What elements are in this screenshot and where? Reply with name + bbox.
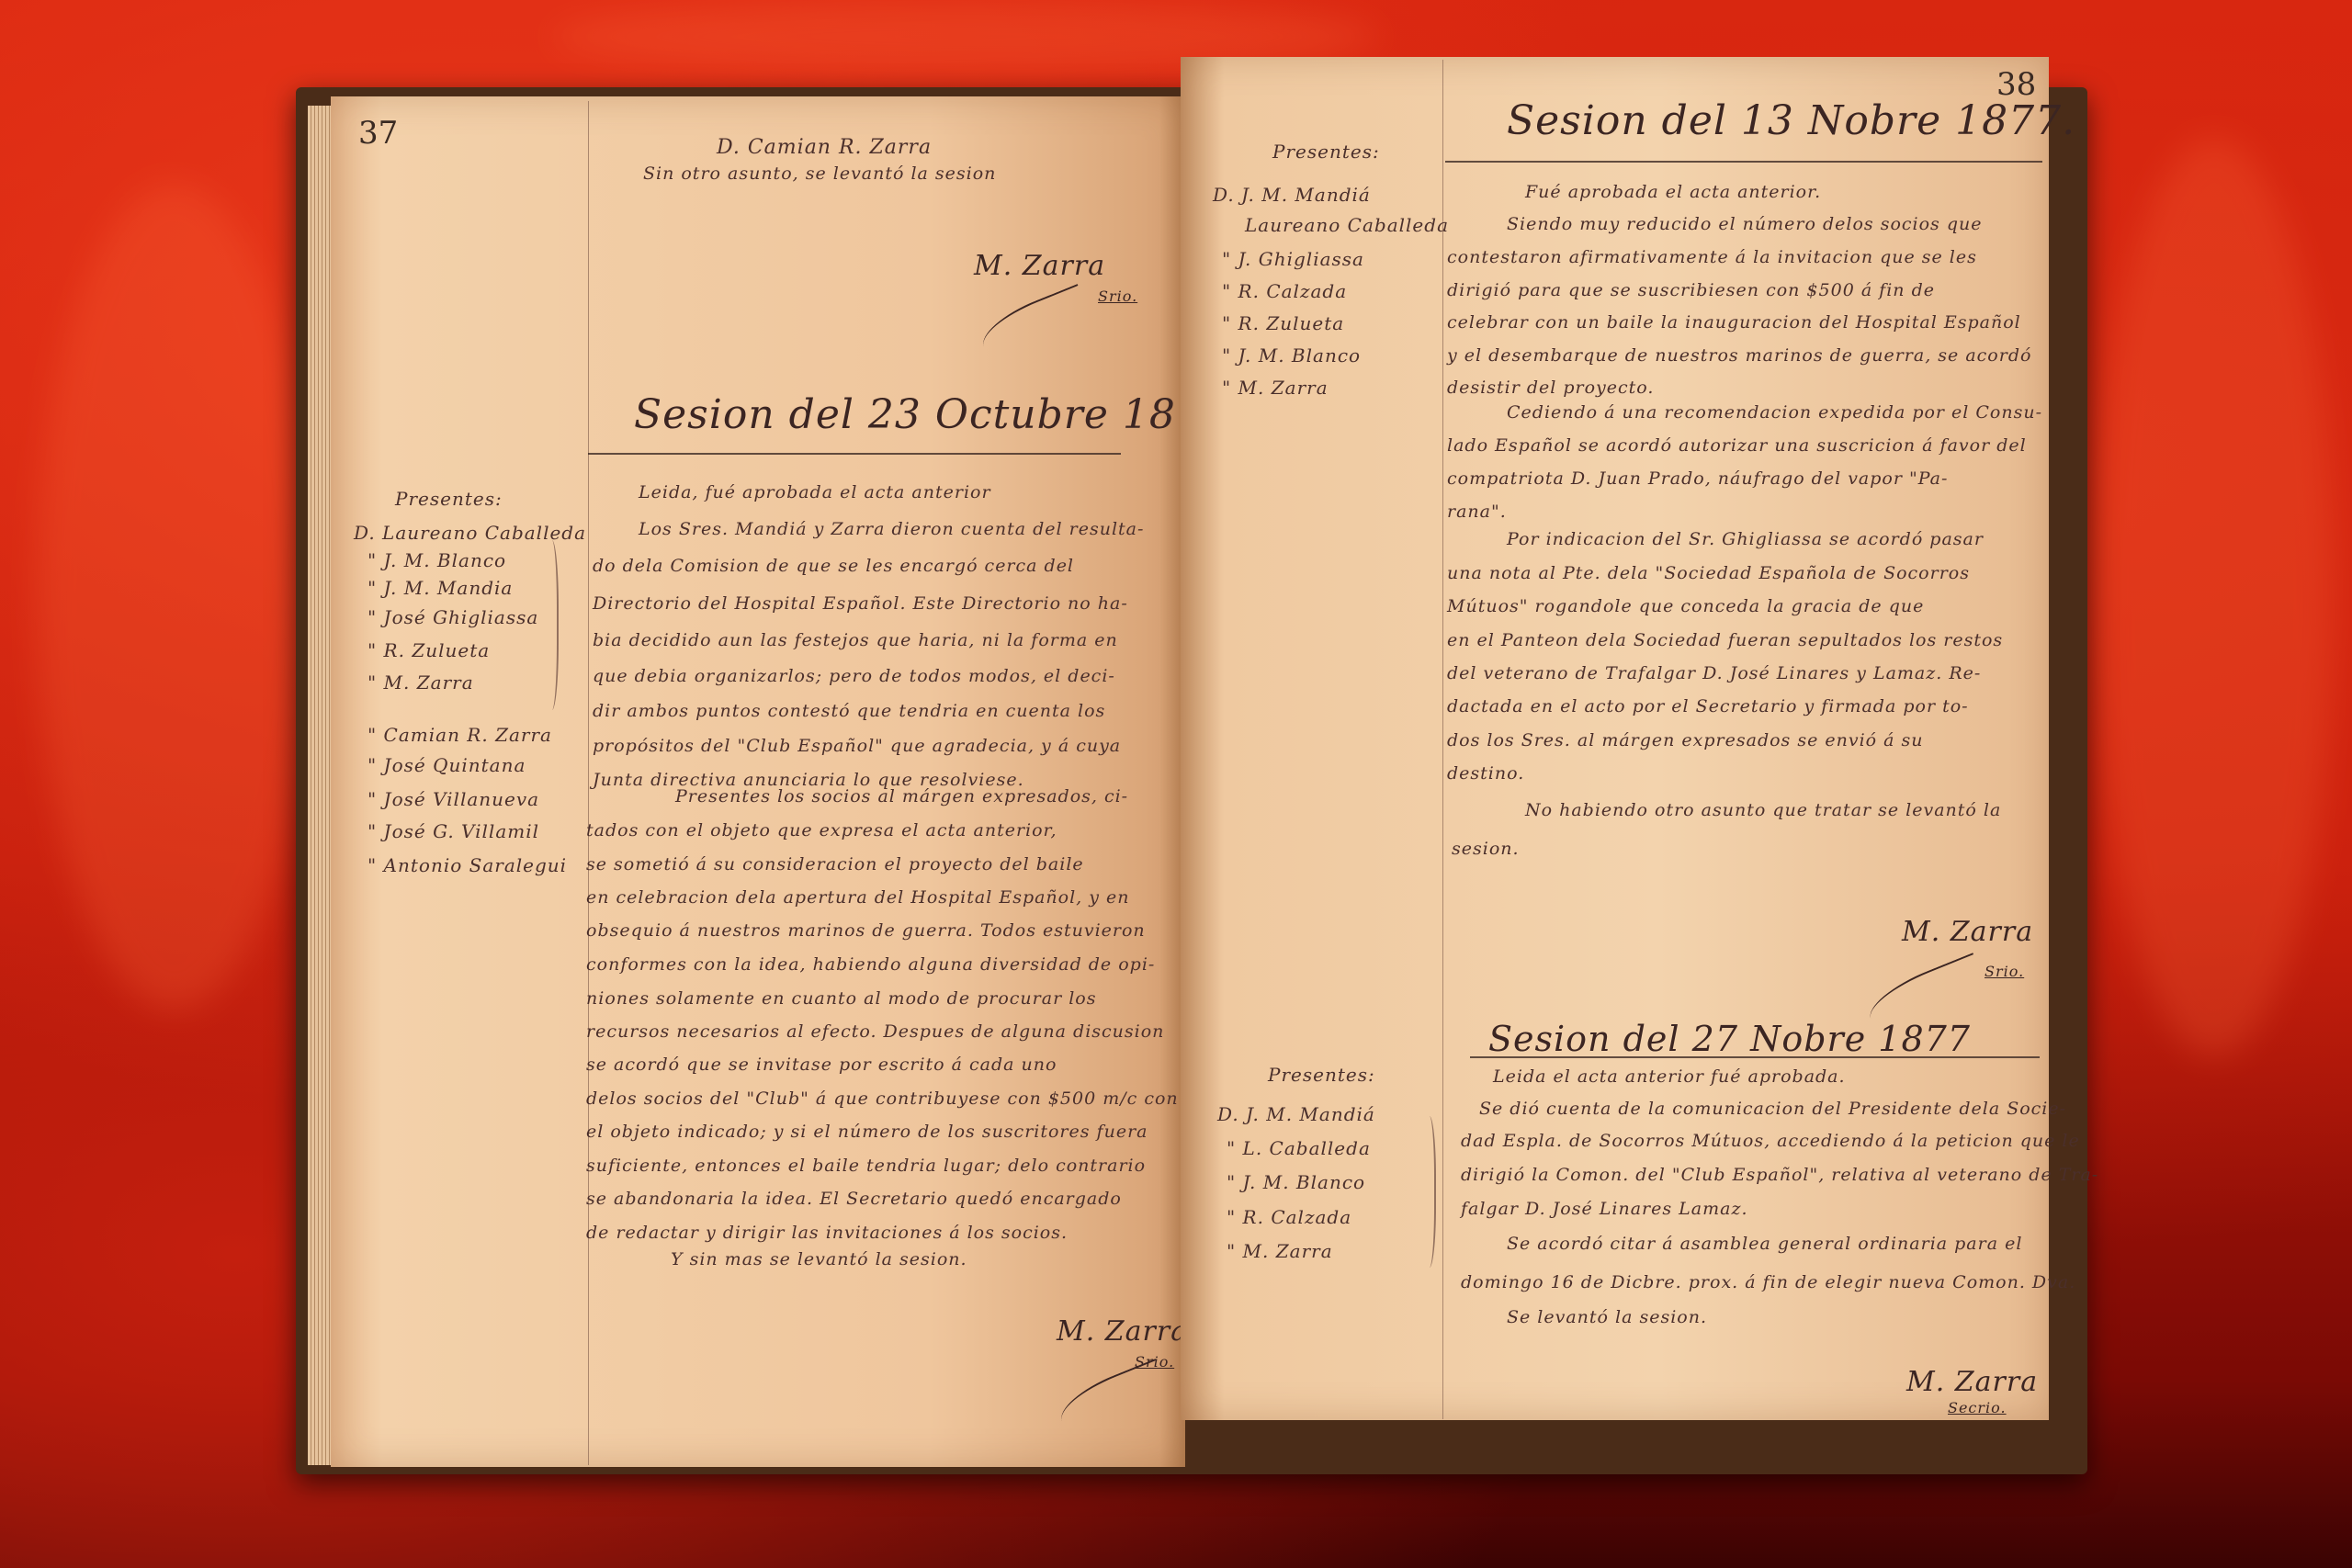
title-rule [1445,161,2042,163]
body-line: dos los Sres. al márgen expresados se en… [1447,732,1924,750]
body-line: dirigió para que se suscribiesen con $50… [1447,282,1935,299]
body-line: que debia organizarlos; pero de todos mo… [593,668,1115,685]
body-line: tados con el objeto que expresa el acta … [586,822,1057,840]
title-rule [588,453,1121,455]
body-line: bia decidido aun las festejos que haria,… [593,632,1118,649]
page-number-left: 37 [358,115,398,152]
body-line: Se levantó la sesion. [1507,1309,1707,1326]
present-name: D. Laureano Caballeda [354,524,586,542]
body-line: Leida, fué aprobada el acta anterior [639,484,991,502]
body-line: del veterano de Trafalgar D. José Linare… [1447,665,1981,682]
body-line: Y sin mas se levantó la sesion. [671,1251,967,1269]
present-name: " R. Zulueta [1222,314,1344,333]
body-line: Siendo muy reducido el número delos soci… [1507,216,1982,233]
present-name: D. J. M. Mandiá [1217,1105,1375,1123]
signature: M. Zarra [974,253,1105,280]
body-line: dir ambos puntos contestó que tendria en… [593,703,1105,720]
signature-title: Secrio. [1948,1401,2007,1416]
present-name: " J. Ghigliassa [1222,250,1364,268]
body-line: Fué aprobada el acta anterior. [1525,184,1821,201]
present-name: " Antonio Saralegui [367,856,567,874]
body-line: suficiente, entonces el baile tendria lu… [586,1157,1146,1175]
body-line: compatriota D. Juan Prado, náufrago del … [1447,470,1948,488]
body-line: domingo 16 de Dicbre. prox. á fin de ele… [1461,1274,2075,1292]
title-rule [1470,1056,2040,1058]
body-line: desistir del proyecto. [1447,379,1654,397]
cloth-fold [2095,138,2334,1056]
body-line: delos socios del "Club" á que contribuye… [586,1090,1179,1108]
present-name: " R. Calzada [1227,1208,1351,1226]
present-name: D. J. M. Mandiá [1213,186,1371,204]
present-name: " Camian R. Zarra [367,726,552,744]
body-line: niones solamente en cuanto al modo de pr… [586,990,1096,1008]
body-line: conformes con la idea, habiendo alguna d… [586,956,1155,974]
body-line: Leida el acta anterior fué aprobada. [1493,1068,1846,1086]
body-line: falgar D. José Linares Lamaz. [1461,1201,1748,1218]
present-name: " M. Zarra [1222,378,1329,397]
present-name: " M. Zarra [1227,1242,1333,1260]
body-line: se abandonaria la idea. El Secretario qu… [586,1190,1122,1208]
present-name: " J. M. Blanco [1222,346,1361,365]
body-line: destino. [1447,765,1524,783]
margin-rule [1442,60,1443,1419]
body-line: Presentes los socios al márgen expresado… [675,788,1128,806]
brace [1419,1116,1436,1268]
present-name: " R. Calzada [1222,282,1347,300]
brace [542,540,559,710]
body-line: en celebracion dela apertura del Hospita… [586,889,1130,907]
cloth-fold [37,184,312,1010]
body-line: dactada en el acto por el Secretario y f… [1447,698,1969,716]
present-name: " José Ghigliassa [367,608,538,626]
present-name: " José Villanueva [367,790,539,808]
present-name: " M. Zarra [367,673,474,692]
present-label: Presentes: [395,490,503,508]
signature: M. Zarra [1057,1318,1188,1346]
body-line: Se acordó citar á asamblea general ordin… [1507,1235,2022,1253]
continuation-line: Sin otro asunto, se levantó la sesion [643,165,996,183]
body-line: el objeto indicado; y si el número de lo… [586,1123,1148,1141]
body-line: rana". [1447,503,1507,521]
body-line: en el Panteon dela Sociedad fueran sepul… [1447,632,2003,649]
body-line: dad Espla. de Socorros Mútuos, accediend… [1461,1133,2080,1150]
body-line: una nota al Pte. dela "Sociedad Española… [1447,565,1970,582]
body-line: Por indicacion del Sr. Ghigliassa se aco… [1507,531,1984,548]
signature: M. Zarra [1906,1369,2038,1396]
body-line: se acordó que se invitase por escrito á … [586,1056,1057,1074]
body-line: sesion. [1452,840,1520,858]
body-line: y el desembarque de nuestros marinos de … [1447,347,2031,365]
session-title: Sesion del 27 Nobre 1877 [1488,1021,1971,1056]
session-title: Sesion del 23 Octubre 1877 [634,395,1229,435]
body-line: do dela Comision de que se les encargó c… [593,558,1074,575]
body-line: celebrar con un baile la inauguracion de… [1447,314,2021,332]
present-name: " L. Caballeda [1227,1139,1371,1157]
body-line: se sometió á su consideracion el proyect… [586,856,1084,874]
body-line: recursos necesarios al efecto. Despues d… [586,1023,1164,1041]
present-name: Laureano Caballeda [1245,216,1449,234]
signature: M. Zarra [1902,919,2033,946]
present-name: " J. M. Blanco [1227,1173,1365,1191]
present-name: " José G. Villamil [367,822,539,840]
body-line: dirigió la Comon. del "Club Español", re… [1461,1167,2098,1184]
body-line: Los Sres. Mandiá y Zarra dieron cuenta d… [639,521,1144,538]
body-line: lado Español se acordó autorizar una sus… [1447,437,2027,455]
body-line: Directorio del Hospital Español. Este Di… [593,595,1128,613]
body-line: Mútuos" rogandole que conceda la gracia … [1447,598,1924,615]
signature-title: Srio. [1984,964,2024,979]
body-line: propósitos del "Club Español" que agrade… [593,738,1121,755]
present-name: " José Quintana [367,756,526,774]
body-line: contestaron afirmativamente á la invitac… [1447,249,1977,266]
present-name: " J. M. Blanco [367,551,506,570]
present-name: " J. M. Mandia [367,579,513,597]
signature-title: Srio. [1098,289,1137,304]
present-label: Presentes: [1268,1066,1375,1084]
present-label: Presentes: [1272,142,1380,161]
body-line: Cediendo á una recomendacion expedida po… [1507,404,2042,422]
body-line: obsequio á nuestros marinos de guerra. T… [586,922,1146,940]
body-line: Se dió cuenta de la comunicacion del Pre… [1479,1100,2066,1118]
body-line: de redactar y dirigir las invitaciones á… [586,1224,1068,1242]
session-title: Sesion del 13 Nobre 1877. [1507,101,2075,141]
margin-rule [588,101,589,1465]
present-name: " R. Zulueta [367,641,490,660]
body-line: No habiendo otro asunto que tratar se le… [1525,802,2001,819]
continuation-line: D. Camian R. Zarra [717,138,932,158]
